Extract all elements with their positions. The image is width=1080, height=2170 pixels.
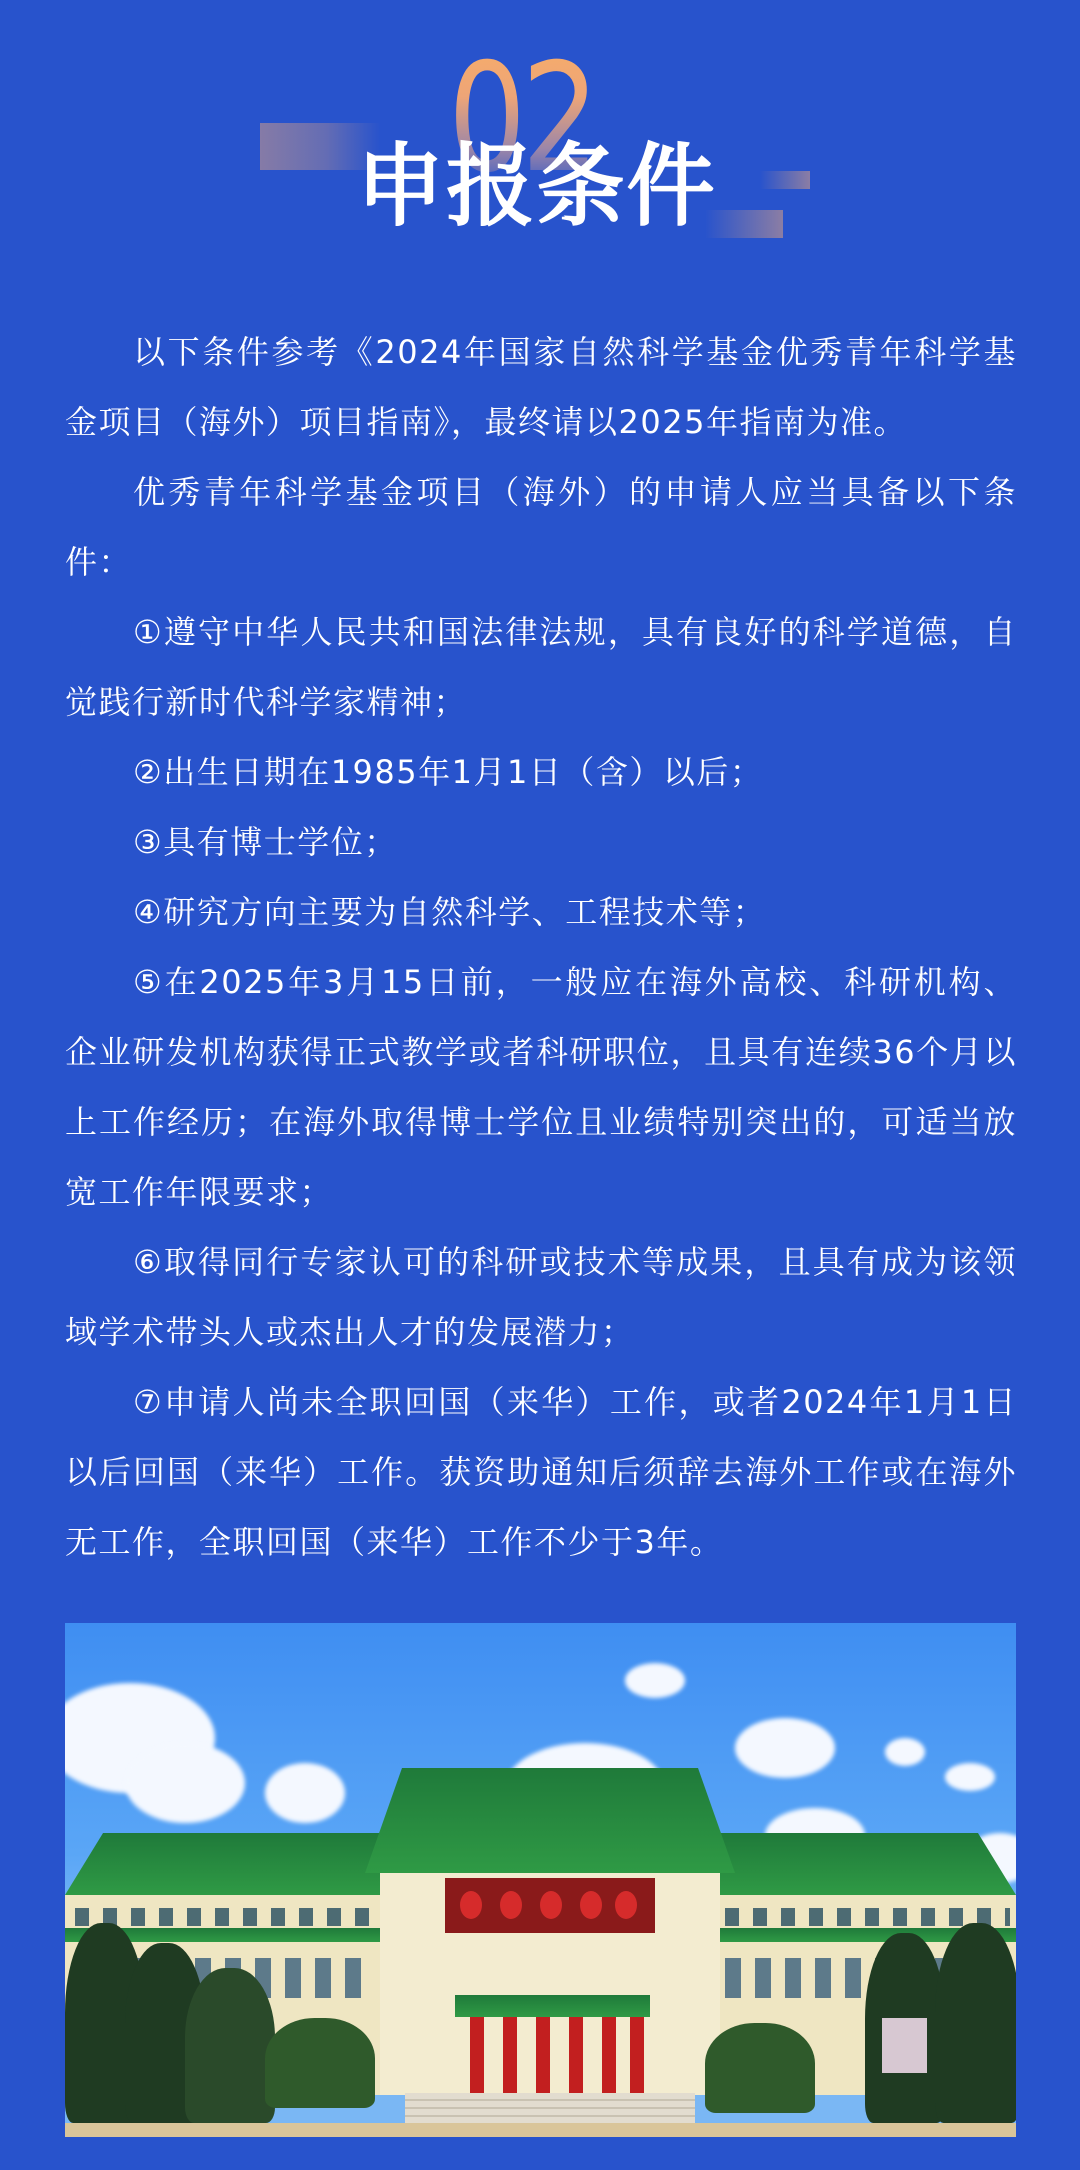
- pine-tree: [935, 1923, 1016, 2123]
- lantern: [580, 1891, 602, 1919]
- pine-tree: [185, 1968, 275, 2123]
- condition-item: ⑤在2025年3月15日前，一般应在海外高校、科研机构、企业研发机构获得正式教学…: [65, 947, 1017, 1227]
- condition-item: ②出生日期在1985年1月1日（含）以后；: [65, 737, 1017, 807]
- window-row: [75, 1908, 375, 1926]
- signboard: [882, 2018, 927, 2073]
- conditions-text: 以下条件参考《2024年国家自然科学基金优秀青年科学基金项目（海外）项目指南》，…: [65, 317, 1017, 1577]
- intro-paragraph: 以下条件参考《2024年国家自然科学基金优秀青年科学基金项目（海外）项目指南》，…: [65, 317, 1017, 457]
- shrub: [705, 2023, 815, 2113]
- condition-item: ①遵守中华人民共和国法律法规，具有良好的科学道德，自觉践行新时代科学家精神；: [65, 597, 1017, 737]
- shrub: [265, 2018, 375, 2108]
- cloud: [625, 1663, 685, 1698]
- intro-paragraph: 优秀青年科学基金项目（海外）的申请人应当具备以下条件：: [65, 457, 1017, 597]
- condition-item: ⑦申请人尚未全职回国（来华）工作，或者2024年1月1日以后回国（来华）工作。获…: [65, 1367, 1017, 1577]
- lantern: [540, 1891, 562, 1919]
- porch-roof: [455, 1995, 650, 2017]
- section-header: 02 申报条件: [0, 0, 1080, 280]
- cloud: [735, 1718, 835, 1778]
- condition-item: ③具有博士学位；: [65, 807, 1017, 877]
- cloud: [945, 1763, 995, 1791]
- condition-item: ⑥取得同行专家认可的科研或技术等成果，且具有成为该领域学术带头人或杰出人才的发展…: [65, 1227, 1017, 1367]
- section-title: 申报条件: [356, 132, 728, 242]
- central-roof: [365, 1768, 735, 1873]
- ground: [65, 2123, 1016, 2137]
- cloud: [125, 1743, 245, 1823]
- condition-item: ④研究方向主要为自然科学、工程技术等；: [65, 877, 1017, 947]
- decorative-bar-right-small: [760, 171, 810, 189]
- campus-building-photo: [65, 1623, 1016, 2137]
- lantern: [500, 1891, 522, 1919]
- lantern: [615, 1891, 637, 1919]
- cloud: [885, 1738, 925, 1766]
- lantern: [460, 1891, 482, 1919]
- cloud: [265, 1763, 345, 1823]
